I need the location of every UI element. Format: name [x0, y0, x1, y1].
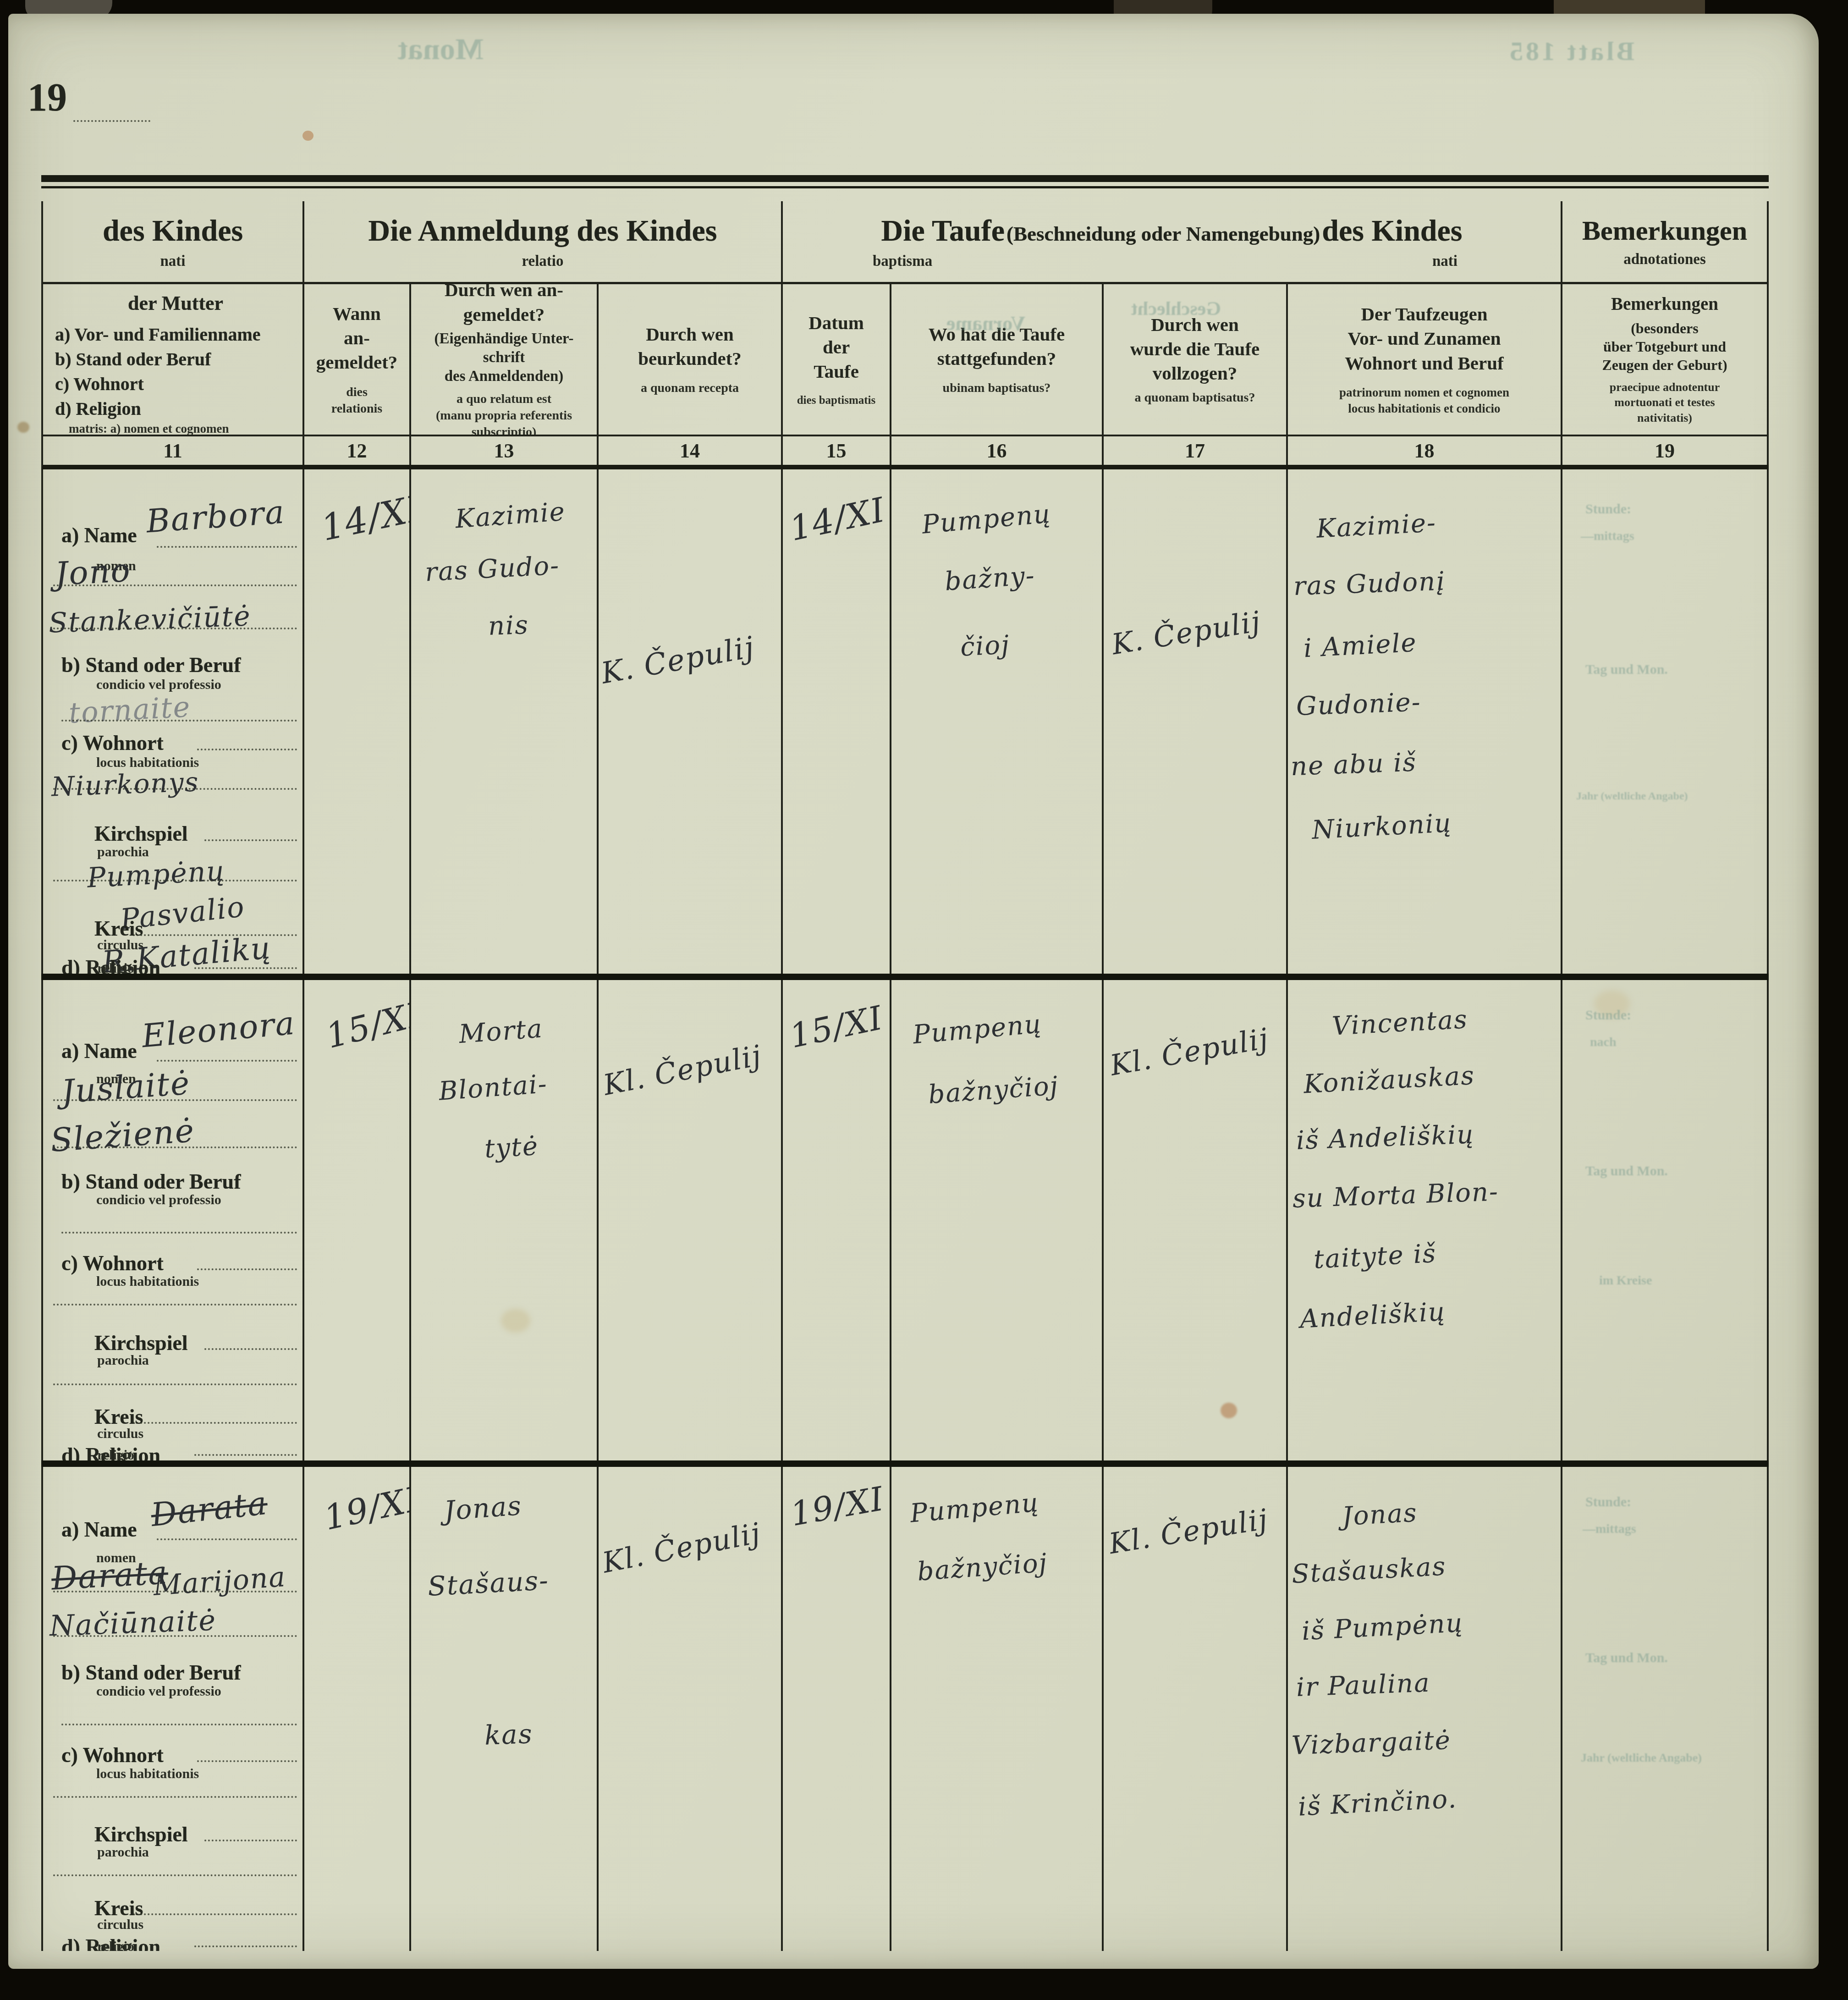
- label-beruf: b) Stand oder Beruf: [61, 1660, 241, 1685]
- label-name: a) Name: [61, 1039, 137, 1063]
- hw-kirchspiel: Pumpėnų: [86, 855, 225, 894]
- taufe-datum-cell: 19/XI: [783, 1467, 891, 1951]
- h15-line: Datum: [808, 312, 864, 333]
- group-anmeldung: Die Anmeldung des Kindes relatio: [304, 201, 783, 282]
- group-subtitle: adnotationes: [1623, 251, 1706, 268]
- mother-latin: matris: a) nomen et cognomen: [69, 422, 229, 435]
- h19-line: Bemerkungen: [1611, 294, 1718, 314]
- label-religion-latin: religio: [97, 1448, 134, 1460]
- hw-anmelder-line: Blontai-: [438, 1066, 594, 1106]
- taufe-ort-cell: Pumpenų bažny- čioj: [891, 469, 1104, 974]
- hw-beruf: tornaite: [68, 690, 192, 730]
- h19-paren: (besonders: [1631, 320, 1699, 336]
- label-kirchspiel: Kirchspiel: [94, 1822, 188, 1846]
- label-beruf-latin: condicio vel professio: [96, 677, 221, 693]
- age-spot: [302, 131, 313, 141]
- h17-latin: a quonam baptisatus?: [1135, 391, 1255, 405]
- group-title: Bemerkungen: [1582, 215, 1747, 247]
- label-beruf: b) Stand oder Beruf: [61, 1169, 241, 1194]
- label-kirchspiel: Kirchspiel: [94, 821, 188, 846]
- hw-anmelder-line: Kazimie: [454, 495, 594, 534]
- entry-row-3: Darata a) Name nomen Darata Marijona Nač…: [41, 1467, 1769, 1951]
- bemerkungen-cell: Stunde: —mittags Tag und Mon. Jahr (welt…: [1562, 469, 1769, 974]
- hw-wohnort: Niurkonys: [51, 766, 200, 803]
- header-mother: der Mutter a) Vor- und Familienname b) S…: [43, 284, 304, 435]
- angemeldet-durch-cell: Kazimie ras Gudo- nis: [411, 469, 599, 974]
- hw-taufort-line: bažnyčioj: [927, 1068, 1099, 1110]
- h18-latin: patrinorum nomen et cognomen: [1339, 386, 1509, 399]
- angemeldet-durch-cell: Jonas Stašaus- kas: [411, 1467, 599, 1951]
- h12-line: Wann: [333, 303, 381, 324]
- label-kirchspiel: Kirchspiel: [94, 1331, 188, 1355]
- header-col19: Bemerkungen (besonders über Totgeburt un…: [1562, 284, 1769, 435]
- dots: [53, 1874, 297, 1876]
- bleedthrough-line: —mittags: [1581, 529, 1634, 544]
- entry-row-1: Barbora a) Name nomen Jono Stankevičiūtė…: [41, 469, 1769, 974]
- top-rule-thick: [41, 175, 1769, 182]
- h13-paren: schrift: [483, 349, 525, 366]
- dots: [197, 749, 297, 750]
- hw-taufe-datum: 19/XI: [787, 1479, 887, 1533]
- label-kreis-latin: circulus: [97, 1917, 143, 1933]
- dots: [61, 1724, 297, 1725]
- group-title: des Kindes: [103, 214, 243, 248]
- bleedthrough-vorname: Vorname: [946, 312, 1025, 335]
- col-number-12: 12: [304, 436, 411, 465]
- hw-zeuge-line: iš Andeliškių: [1296, 1117, 1557, 1156]
- hw-anmelder-line: tytė: [484, 1129, 594, 1164]
- hw-taeufer: Kl. Čepulij: [1106, 1502, 1270, 1560]
- h12-line: gemeldet?: [316, 352, 398, 373]
- h12-line: an-: [344, 327, 370, 348]
- bleedthrough-line: Jahr (weltliche Angabe): [1581, 1751, 1702, 1765]
- bleedthrough-blatt: Blatt 185: [1507, 36, 1634, 66]
- group-header-row: des Kindes nati Die Anmeldung des Kindes…: [41, 201, 1769, 284]
- header-col12: Wann an- gemeldet? dies relationis: [304, 284, 411, 435]
- dots: [61, 720, 297, 722]
- dots: [194, 1945, 297, 1947]
- label-wohnort-latin: locus habitationis: [96, 1274, 199, 1289]
- hw-taufort-line: Pumpenų: [912, 1004, 1099, 1050]
- label-religion-latin: religio: [97, 1939, 134, 1951]
- hw-anmelder-line: ras Gudo-: [424, 549, 594, 587]
- hw-name-2: Marijona: [152, 1561, 287, 1602]
- group-bemerkungen: Bemerkungen adnotationes: [1562, 201, 1769, 282]
- bleedthrough-geschlecht: Geschlecht: [1131, 298, 1221, 320]
- hw-zeuge-line: Kazimie-: [1316, 501, 1558, 544]
- dots: [61, 1232, 297, 1234]
- mother-cell: Darata a) Name nomen Darata Marijona Nač…: [43, 1467, 304, 1951]
- col-number-19: 19: [1562, 436, 1769, 465]
- page-sheet: 19 Monat Blatt 185 des Kindes nati Die A…: [8, 14, 1819, 1969]
- bemerkungen-cell: Stunde: —mittags Tag und Mon. Jahr (welt…: [1562, 1467, 1769, 1951]
- col-number-17: 17: [1104, 436, 1288, 465]
- hw-name-2: Jono: [54, 551, 132, 593]
- hw-anmelder-line: kas: [484, 1718, 533, 1751]
- column-header-row: der Mutter a) Vor- und Familienname b) S…: [41, 284, 1769, 436]
- beurkundet-cell: Kl. Čepulij: [599, 1467, 783, 1951]
- bleedthrough-line: Stunde:: [1585, 1008, 1631, 1023]
- label-beruf: b) Stand oder Beruf: [61, 653, 241, 677]
- h17-line: vollzogen?: [1153, 363, 1237, 384]
- dots: [53, 1383, 297, 1385]
- dots: [204, 1840, 297, 1841]
- group-title-main: Die Taufe: [881, 214, 1005, 248]
- dots: [53, 1635, 297, 1637]
- taufe-durch-cell: Kl. Čepulij: [1104, 1467, 1288, 1951]
- hw-angemeldet-datum: 15/XI: [322, 995, 411, 1056]
- h13-latin: a quo relatum est: [456, 392, 551, 406]
- dots: [53, 1591, 297, 1592]
- beurkundet-cell: Kl. Čepulij: [599, 980, 783, 1460]
- hw-name-1: Eleonora: [140, 1004, 297, 1055]
- label-kirchspiel-latin: parochia: [97, 1353, 149, 1368]
- bleedthrough-line: —mittags: [1583, 1522, 1636, 1537]
- age-spot: [17, 422, 29, 433]
- header-col16: Vorname Wo hat die Taufe stattgefunden? …: [891, 284, 1104, 435]
- taufzeugen-cell: Jonas Stašauskas iš Pumpėnų ir Paulina V…: [1288, 1467, 1562, 1951]
- group-title-paren: (Beschneidung oder Namengebung): [1006, 222, 1320, 245]
- label-kreis: Kreis: [94, 1405, 143, 1429]
- header-col15: Datum der Taufe dies baptismatis: [783, 284, 891, 435]
- group-subtitle-nati: nati: [1432, 253, 1457, 270]
- label-name: a) Name: [61, 523, 137, 547]
- hw-zeuge-line: Konižauskas: [1303, 1057, 1558, 1100]
- mother-item-b: b) Stand oder Beruf: [55, 348, 211, 370]
- h19-paren: über Totgeburt und: [1603, 338, 1726, 355]
- label-kreis-latin: circulus: [97, 1426, 143, 1442]
- dots: [204, 1348, 297, 1350]
- h15-line: der: [823, 336, 850, 358]
- hw-anmelder-line: Stašaus-: [427, 1565, 550, 1602]
- dots: [157, 546, 297, 548]
- h13-paren: (Eigenhändige Unter-: [434, 331, 573, 347]
- hw-taeufer: K. Čepulij: [1109, 605, 1263, 661]
- group-subtitle: relatio: [522, 253, 563, 270]
- hw-zeuge-line: Niurkonių: [1311, 803, 1558, 845]
- dots: [197, 1760, 297, 1762]
- angemeldet-datum-cell: 14/XI: [304, 469, 411, 974]
- label-wohnort-latin: locus habitationis: [96, 1766, 199, 1782]
- hw-taufort-line: bažnyčioj: [916, 1544, 1099, 1587]
- dots: [133, 1422, 297, 1424]
- hw-zeuge-line: ras Gudonį: [1293, 562, 1557, 601]
- mother-cell: Barbora a) Name nomen Jono Stankevičiūtė…: [43, 469, 304, 974]
- hw-zeuge-line: i Amiele: [1303, 621, 1558, 664]
- hw-zeuge-line: Andeliškių: [1299, 1291, 1558, 1334]
- hw-zeuge-line: iš Pumpėnų: [1301, 1603, 1558, 1646]
- hw-name-crossed-1: Darata: [149, 1484, 269, 1534]
- dots: [197, 1268, 297, 1270]
- bleedthrough-line: im Kreise: [1599, 1273, 1652, 1288]
- h18-latin: locus habitationis et condicio: [1348, 402, 1500, 415]
- taufzeugen-cell: Kazimie- ras Gudonį i Amiele Gudonie- ne…: [1288, 469, 1562, 974]
- header-col14: Durch wen beurkundet? a quonam recepta: [599, 284, 783, 435]
- group-title-end: des Kindes: [1322, 214, 1462, 248]
- h19-latin: praecipue adnotentur: [1610, 380, 1720, 394]
- hw-beurkunder: K. Čepulij: [599, 630, 757, 691]
- col-number-15: 15: [783, 436, 891, 465]
- hw-taufe-datum: 14/XI: [786, 490, 889, 549]
- hw-beurkunder: Kl. Čepulij: [599, 1516, 764, 1579]
- h12-latin: dies: [346, 385, 368, 399]
- dots: [157, 1538, 297, 1540]
- dots: [53, 628, 297, 629]
- group-title: Die Anmeldung des Kindes: [368, 214, 717, 248]
- hw-beurkunder: Kl. Čepulij: [600, 1038, 764, 1102]
- bleedthrough-line: Tag und Mon.: [1585, 1650, 1668, 1666]
- h19-paren: Zeugen der Geburt): [1602, 357, 1727, 373]
- label-kreis: Kreis: [94, 1896, 143, 1920]
- taufe-durch-cell: Kl. Čepulij: [1104, 980, 1288, 1460]
- dots: [133, 1913, 297, 1915]
- header-col13: Durch wen an- gemeldet? (Eigenhändige Un…: [411, 284, 599, 435]
- hw-name-1: Barbora: [145, 493, 286, 540]
- header-col17: Geschlecht Durch wen wurde die Taufe vol…: [1104, 284, 1288, 435]
- bleedthrough-line: Tag und Mon.: [1585, 662, 1668, 678]
- col-number-18: 18: [1288, 436, 1562, 465]
- hw-taeufer: Kl. Čepulij: [1107, 1021, 1271, 1082]
- angemeldet-durch-cell: Morta Blontai- tytė: [411, 980, 599, 1460]
- h13-line: gemeldet?: [463, 304, 545, 325]
- label-wohnort: c) Wohnort: [61, 731, 164, 755]
- page-number: 19: [27, 74, 67, 120]
- dots: [194, 1454, 297, 1456]
- dots: [53, 880, 297, 882]
- hw-anmelder-line: Jonas: [443, 1490, 523, 1526]
- dots: [53, 1146, 297, 1148]
- dots: [204, 839, 297, 841]
- hw-taufort-line: čioj: [960, 625, 1099, 662]
- label-kirchspiel-latin: parochia: [97, 844, 149, 860]
- hw-angemeldet-datum: 14/XI: [318, 488, 411, 549]
- col-number-16: 16: [891, 436, 1104, 465]
- header-col18: Der Taufzeugen Vor- und Zunamen Wohnort …: [1288, 284, 1562, 435]
- hw-zeuge-line: ne abu iš: [1290, 743, 1557, 782]
- hw-name-3: Stankevičiūtė: [48, 600, 252, 639]
- taufe-ort-cell: Pumpenų bažnyčioj: [891, 980, 1104, 1460]
- label-beruf-latin: condicio vel professio: [96, 1192, 221, 1208]
- col-number-14: 14: [599, 436, 783, 465]
- dots: [157, 1060, 297, 1062]
- bleedthrough-line: nach: [1590, 1035, 1617, 1050]
- h17-line: wurde die Taufe: [1130, 338, 1260, 359]
- row-divider: [41, 1460, 1769, 1467]
- h16-latin: ubinam baptisatus?: [943, 381, 1051, 395]
- taufe-datum-cell: 15/XI: [783, 980, 891, 1460]
- h15-line: Taufe: [814, 361, 859, 382]
- label-wohnort: c) Wohnort: [61, 1743, 164, 1767]
- h13-latin: subscriptio): [472, 425, 537, 435]
- hw-name-3: Sležienė: [49, 1112, 196, 1159]
- column-number-row: 11 12 13 14 15 16 17 18 19: [41, 436, 1769, 469]
- taufzeugen-cell: Vincentas Konižauskas iš Andeliškių su M…: [1288, 980, 1562, 1460]
- hw-zeuge-line: iš Krinčino.: [1298, 1779, 1558, 1822]
- hw-anmelder-line: Morta: [458, 1010, 594, 1049]
- hw-zeuge-line: Stašauskas: [1291, 1546, 1558, 1589]
- register-table: des Kindes nati Die Anmeldung des Kindes…: [41, 201, 1769, 1951]
- label-name: a) Name: [61, 1517, 137, 1542]
- dots: [194, 967, 297, 969]
- h13-paren: des Anmeldenden): [445, 368, 563, 385]
- hw-taufort-line: Pumpenų: [921, 495, 1099, 540]
- h14-latin: a quonam recepta: [641, 381, 739, 395]
- angemeldet-datum-cell: 15/XI: [304, 980, 411, 1460]
- bleedthrough-line: Stunde:: [1585, 1494, 1631, 1510]
- label-religion-latin: religio: [97, 961, 134, 974]
- hw-taufe-datum: 15/XI: [786, 998, 887, 1056]
- group-subtitle: nati: [160, 253, 185, 270]
- h13-line: Durch wen an-: [445, 284, 563, 300]
- mother-item-c: c) Wohnort: [55, 373, 144, 395]
- h12-latin: relationis: [331, 402, 382, 416]
- row-divider: [41, 974, 1769, 980]
- h18-line: Vor- und Zunamen: [1347, 328, 1501, 349]
- label-kreis: Kreis: [94, 916, 143, 941]
- hw-zeuge-line: Jonas: [1342, 1491, 1558, 1532]
- dots: [53, 1796, 297, 1798]
- h14-line: Durch wen: [646, 324, 734, 345]
- dots: [53, 1304, 297, 1306]
- dots: [53, 1099, 297, 1101]
- mother-cell: Eleonora a) Name nomen Juslaitė Sležienė…: [43, 980, 304, 1460]
- mother-title: der Mutter: [128, 292, 223, 315]
- h13-latin: (manu propria referentis: [436, 408, 572, 423]
- bleedthrough-monat: Monat: [398, 32, 484, 67]
- hw-zeuge-line: taityte iš: [1313, 1232, 1558, 1275]
- label-kirchspiel-latin: parochia: [97, 1845, 149, 1860]
- taufe-ort-cell: Pumpenų bažnyčioj: [891, 1467, 1104, 1951]
- top-rule-thin: [41, 186, 1769, 188]
- h14-line: beurkundet?: [638, 348, 742, 369]
- entry-row-2: Eleonora a) Name nomen Juslaitė Sležienė…: [41, 980, 1769, 1460]
- bleedthrough-line: Tag und Mon.: [1585, 1163, 1668, 1179]
- h15-latin: dies baptismatis: [797, 394, 876, 407]
- label-wohnort: c) Wohnort: [61, 1251, 164, 1275]
- group-des-kindes: des Kindes nati: [43, 201, 304, 282]
- group-taufe: Die Taufe (Beschneidung oder Namengebung…: [783, 201, 1562, 282]
- hw-zeuge-line: Vizbargaitė: [1291, 1722, 1557, 1761]
- bleedthrough-line: Stunde:: [1585, 501, 1631, 517]
- bleedthrough-line: Jahr (weltliche Angabe): [1576, 790, 1688, 803]
- h18-line: Wohnort und Beruf: [1345, 353, 1503, 374]
- dots: [53, 788, 297, 790]
- angemeldet-datum-cell: 19/XI: [304, 1467, 411, 1951]
- h18-line: Der Taufzeugen: [1361, 303, 1487, 325]
- mother-item-d: d) Religion: [55, 398, 141, 419]
- hw-angemeldet-datum: 19/XI: [320, 1479, 411, 1538]
- beurkundet-cell: K. Čepulij: [599, 469, 783, 974]
- h19-latin: mortuonati et testes: [1614, 396, 1715, 409]
- hw-anmelder-line: nis: [488, 608, 594, 641]
- hw-zeuge-line: su Morta Blon-: [1292, 1175, 1557, 1214]
- taufe-datum-cell: 14/XI: [783, 469, 891, 974]
- hw-name-2: Juslaitė: [60, 1064, 191, 1110]
- col-number-11: 11: [43, 436, 304, 465]
- mother-item-a: a) Vor- und Familienname: [55, 324, 261, 345]
- h16-line: stattgefunden?: [937, 348, 1056, 369]
- taufe-durch-cell: K. Čepulij: [1104, 469, 1288, 974]
- hw-taufort-line: Pumpenų: [909, 1482, 1099, 1529]
- hw-zeuge-line: ir Paulina: [1296, 1664, 1557, 1702]
- hw-zeuge-line: Gudonie-: [1296, 683, 1557, 722]
- group-subtitle-baptisma: baptisma: [873, 253, 932, 270]
- bemerkungen-cell: Stunde: nach Tag und Mon. im Kreise: [1562, 980, 1769, 1460]
- register-scan: 19 Monat Blatt 185 des Kindes nati Die A…: [0, 0, 1848, 2000]
- hw-zeuge-line: Vincentas: [1331, 1000, 1558, 1041]
- page-number-dots: [73, 120, 150, 122]
- hw-taufort-line: bažny-: [944, 556, 1099, 596]
- h19-latin: nativitatis): [1637, 411, 1692, 424]
- col-number-13: 13: [411, 436, 599, 465]
- label-beruf-latin: condicio vel professio: [96, 1684, 221, 1699]
- dots: [53, 584, 297, 586]
